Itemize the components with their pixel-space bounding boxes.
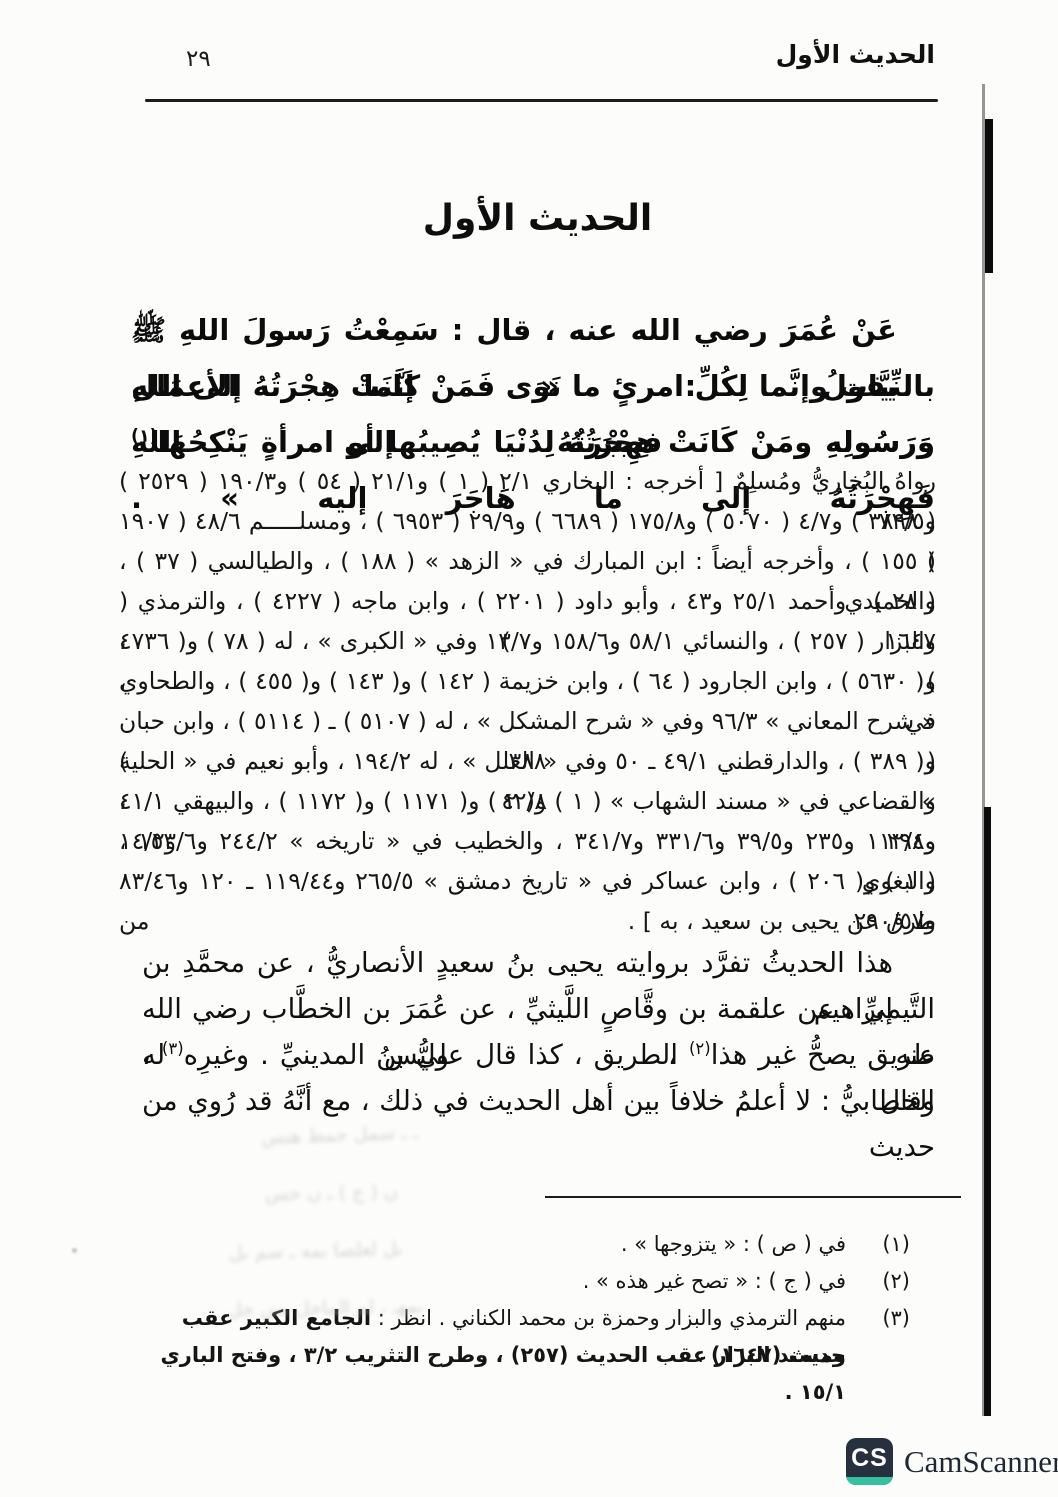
camscanner-watermark: CS CamScanner — [846, 1438, 1058, 1485]
footnote-marker: (١) — [882, 1226, 910, 1263]
bleed-through-text: ں ( ج ) ـ ں حس — [265, 1181, 398, 1205]
footnote-marker: (٢) — [882, 1263, 910, 1300]
camscanner-icon: CS — [846, 1438, 893, 1485]
takhrij-line: ( ٢٨ ) ، وأحمد ٢٥/١ و٤٣ ، وأبو داود ( ٢٢… — [119, 581, 936, 621]
takhrij-line: « شرح المعاني » ٩٦/٣ وفي « شرح المشكل » … — [119, 701, 936, 741]
takhrij-line: و( ٥٦٣٠ ) ، وابن الجارود ( ٦٤ ) ، وابن خ… — [119, 661, 936, 701]
bleed-through-text: ىل لعلصا ںمه ـ سم ںل — [229, 1238, 403, 1265]
camscanner-icon-letters: CS — [851, 1444, 888, 1473]
takhrij-line: و( ٣٨٩ ) ، والدارقطني ٤٩/١ ـ ٥٠ وفي « ال… — [119, 741, 936, 781]
bleed-through-text: ـ ـ سمل حمط هنس — [260, 1121, 418, 1148]
scan-edge-shadow — [985, 119, 993, 273]
takhrij-line: ( ١ ) و( ٢٠٦ ) ، وابن عساكر في « تاريخ د… — [119, 861, 936, 901]
commentary-line: هذا الحديثُ تفرَّد بروايته يحيى بنُ سعيد… — [142, 940, 935, 986]
commentary-line: الخطابيُّ : لا أعلمُ خلافاً بين أهل الحد… — [142, 1078, 935, 1124]
footnote-row: (٢) في ( ج ) : « تصح غير هذه » . — [150, 1263, 910, 1300]
scanned-book-page: الحديث الأول ٢٩ الحديث الأول عَنْ عُمَرَ… — [0, 0, 1058, 1497]
page-number: ٢٩ — [186, 46, 211, 72]
header-rule — [145, 99, 938, 102]
running-header-title: الحديث الأول — [776, 40, 935, 69]
footnote-separator — [545, 1196, 961, 1198]
camscanner-icon-accent — [846, 1477, 893, 1485]
footnote-text: في ( ج ) : « تصح غير هذه » . — [150, 1263, 846, 1300]
scan-edge-shadow — [984, 807, 991, 1416]
commentary-line: التَّيميِّ ، عن علقمة بن وقَّاصٍ اللَّيث… — [142, 986, 935, 1032]
takhrij-line: ( ٣٨٩٨ ) و٤/٧ ( ٥٠٧٠ ) و١٧٥/٨ ( ٦٦٨٩ ) و… — [119, 501, 936, 541]
commentary-line: طريق يصحُّ غير هذا(٢) الطريق ، كذا قال ع… — [142, 1032, 935, 1078]
hadith-paragraph: عَنْ عُمَرَ رضي الله عنه ، قال : سَمِعْت… — [131, 302, 935, 470]
commentary-paragraph: هذا الحديثُ تفرَّد بروايته يحيى بنُ سعيد… — [142, 940, 935, 1124]
page-title: الحديث الأول — [140, 198, 935, 239]
scan-speck — [72, 1248, 77, 1253]
camscanner-label: CamScanner — [904, 1444, 1058, 1480]
takhrij-line: ( ١٥٥ ) ، وأخرجه أيضاً : ابن المبارك في … — [119, 541, 936, 581]
takhrij-line: رواهُ البُخاريُّ ومُسلِمٌ [ أخرجه : البخ… — [119, 461, 936, 501]
footnote-text: ومسند البزار عقب الحديث (٢٥٧) ، وطرح الت… — [150, 1337, 846, 1374]
takhrij-line: والبزار ( ٢٥٧ ) ، والنسائي ٥٨/١ و١٥٨/٦ و… — [119, 621, 936, 661]
takhrij-line: و١١٢/٤ و٢٣٥ و٣٩/٥ و٣٣١/٦ و٣٤١/٧ ، والخطي… — [119, 821, 936, 861]
hadith-line: بالنِّيَّاتِ وإنَّما لِكُلِّ امرئٍ ما نَ… — [131, 358, 935, 414]
takhrij-paragraph: رواهُ البُخاريُّ ومُسلِمٌ [ أخرجه : البخ… — [119, 461, 936, 941]
hadith-line: عَنْ عُمَرَ رضي الله عنه ، قال : سَمِعْت… — [131, 302, 935, 358]
takhrij-line: والقضاعي في « مسند الشهاب » ( ١ ) و( ٢ )… — [119, 781, 936, 821]
bleed-through-text: ںمهـ ، لم الماحل ںس حل — [228, 1295, 423, 1320]
footnote-marker: (٣) — [882, 1300, 910, 1337]
